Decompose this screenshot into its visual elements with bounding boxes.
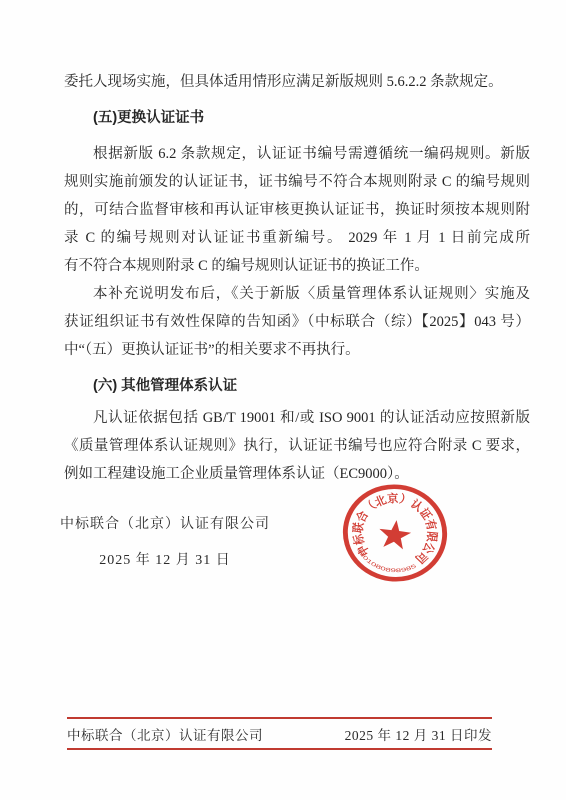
p2-line-3: 中“（五）更换认证证书”的相关要求不再执行。 — [64, 336, 530, 364]
footer-print-date: 2025 年 12 月 31 日印发 — [345, 724, 492, 744]
p1-line-5: 有不符合本规则附录 C 的编号规则认证证书的换证工作。 — [64, 252, 530, 280]
p3-line-2: 《质量管理体系认证规则》执行，认证证书编号也应符合附录 C 要求， — [64, 432, 530, 460]
document-page: 委托人现场实施，但具体适用情形应满足新版规则 5.6.2.2 条款规定。 (五)… — [0, 0, 566, 800]
svg-text:1101080898985: 1101080898985 — [353, 547, 420, 577]
p1-line-2: 规则实施前颁发的认证证书，证书编号不符合本规则附录 C 的编号规则 — [64, 168, 530, 196]
p2-line-1: 本补充说明发布后，《关于新版〈质量管理体系认证规则〉实施及 — [64, 280, 530, 308]
signature-date: 2025 年 12 月 31 日 — [0, 549, 330, 569]
section-5-heading: (五)更换认证证书 — [64, 104, 530, 132]
signature-company-name: 中标联合（北京）认证有限公司 — [0, 513, 330, 533]
p1-line-4: 录 C 的编号规则对认证证书重新编号。 2029 年 1 月 1 日前完成所 — [64, 224, 530, 252]
seal-star-icon — [377, 518, 412, 550]
p1-line-3: 的，可结合监督审核和再认证审核更换认证证书，换证时须按本规则附 — [64, 196, 530, 224]
section-6-heading: (六) 其他管理体系认证 — [64, 372, 530, 400]
p3-line-1: 凡认证依据包括 GB/T 19001 和/或 ISO 9001 的认证活动应按照… — [64, 404, 530, 432]
body-line-continuation: 委托人现场实施，但具体适用情形应满足新版规则 5.6.2.2 条款规定。 — [64, 68, 530, 96]
seal-serial-number: 1101080898985 — [353, 547, 420, 577]
p1-line-1: 根据新版 6.2 条款规定，认证证书编号需遵循统一编码规则。新版 — [64, 140, 530, 168]
company-seal-stamp-icon: 中标联合（北京）认证有限公司 1101080898985 — [318, 460, 473, 606]
document-footer: 中标联合（北京）认证有限公司 2025 年 12 月 31 日印发 — [67, 717, 492, 750]
footer-issuer: 中标联合（北京）认证有限公司 — [67, 724, 263, 744]
p2-line-2: 获证组织证书有效性保障的告知函》（中标联合（综）【2025】043 号） — [64, 308, 530, 336]
document-body: 委托人现场实施，但具体适用情形应满足新版规则 5.6.2.2 条款规定。 (五)… — [64, 68, 530, 488]
